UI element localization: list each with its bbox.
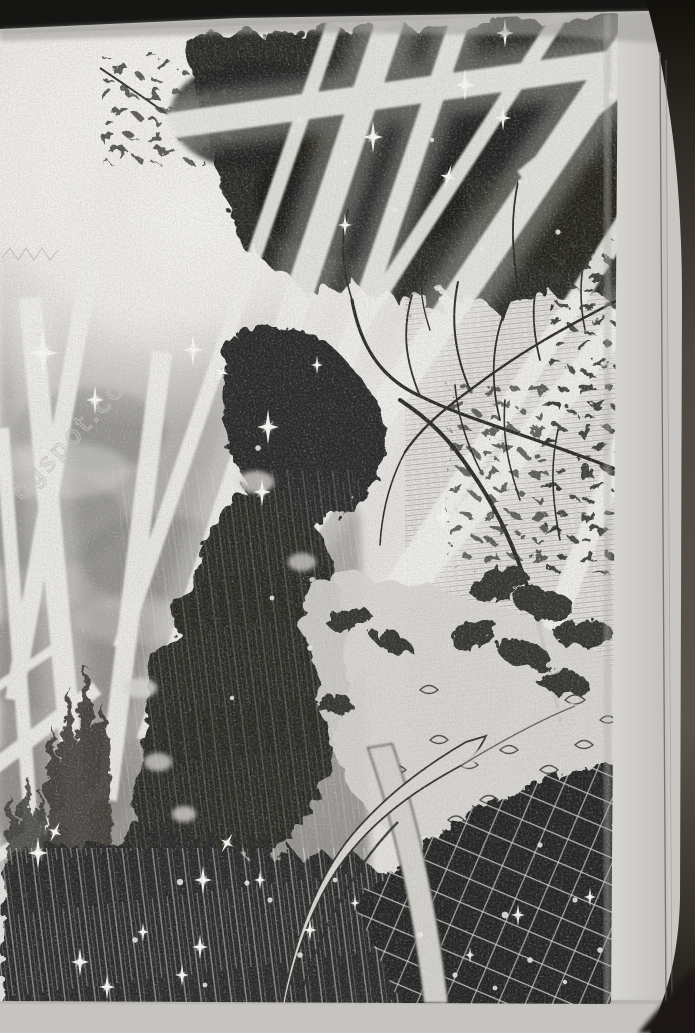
manga-page-scan: ogspot.co bbox=[0, 0, 695, 1033]
page-bottom-margin bbox=[0, 1000, 672, 1033]
panel-edge-shadow bbox=[604, 14, 611, 1004]
artwork-canvas: ogspot.co bbox=[0, 0, 695, 1033]
grain-light bbox=[0, 0, 620, 1010]
artwork-panel: ogspot.co bbox=[0, 0, 695, 1010]
